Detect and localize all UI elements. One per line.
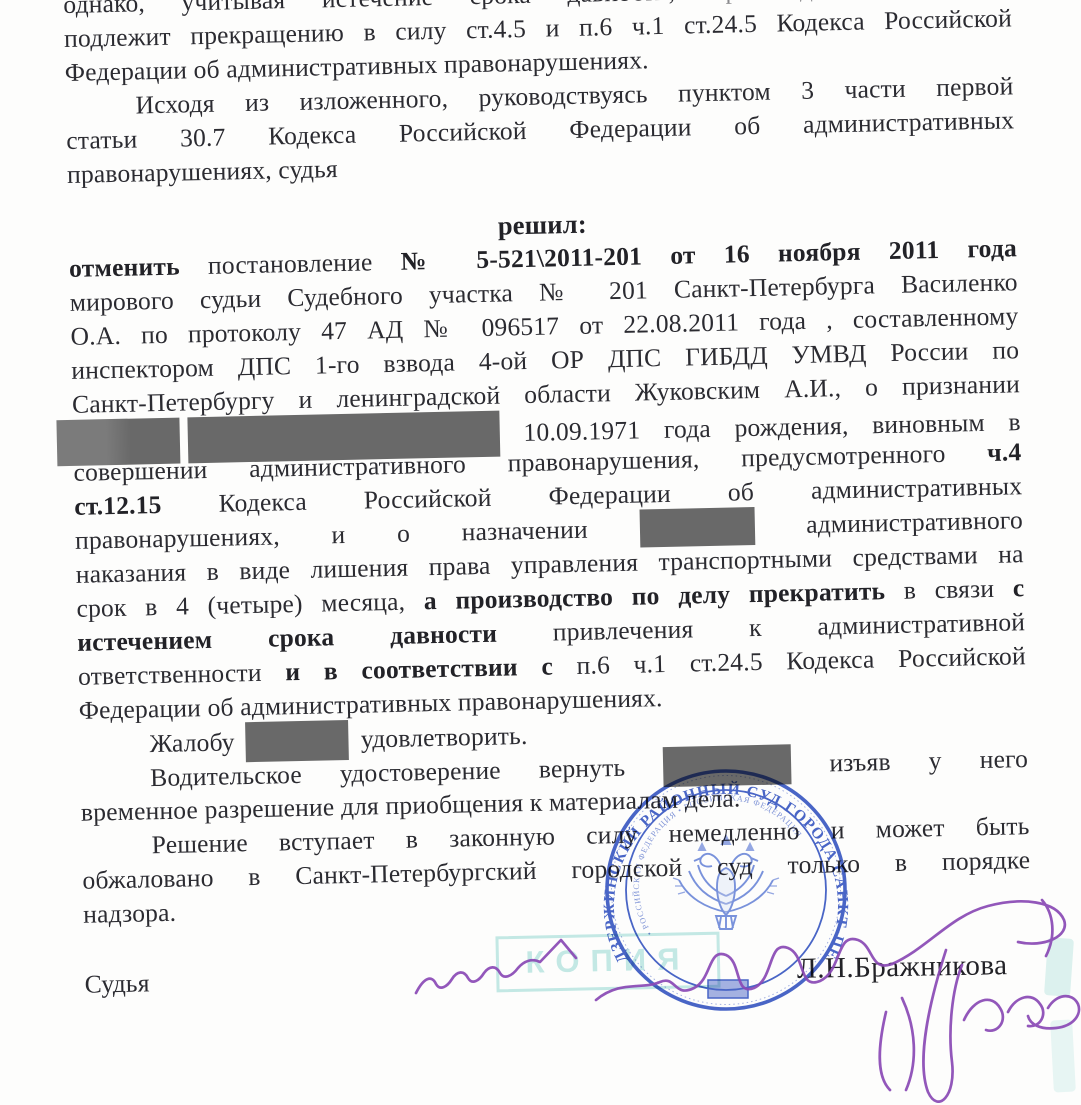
bold-text: и в соответствии с [285, 651, 553, 686]
bold-text: ст.12.15 [74, 490, 162, 521]
text-run: в связи [885, 573, 1013, 605]
text-run: срок в 4 (четыре) месяца, [76, 586, 424, 623]
text-run: правонарушениях, судья [67, 154, 338, 189]
document-text: однако, учитывая истечение срока давност… [63, 0, 1033, 1002]
redaction-box [639, 507, 755, 547]
scan-artifact [1044, 937, 1074, 997]
scanned-court-document: однако, учитывая истечение срока давност… [0, 0, 1081, 1105]
seal-certificate-box [708, 980, 748, 998]
text-run: постановление [179, 247, 401, 281]
text-run: ответственности [78, 657, 286, 691]
seal-ring-text: ДЗЕРЖИНСКИЙ РАЙОННЫЙ СУД ГОРОДА САНКТ-ПЕ… [596, 760, 851, 966]
scan-artifact [1050, 1019, 1076, 1092]
bold-text: ч.4 [987, 437, 1022, 467]
text-run: административного [754, 505, 1023, 540]
signature-stroke [880, 998, 914, 1090]
bold-text: отменить [69, 252, 180, 283]
bold-text: решил: [497, 209, 587, 241]
bold-text: с [1012, 573, 1024, 602]
text-run: удовлетворить. [354, 721, 528, 754]
text-run: Судья [84, 968, 149, 998]
double-eagle-emblem [673, 836, 779, 929]
text-run: Жалобу [149, 727, 241, 758]
court-seal: ДЗЕРЖИНСКИЙ РАЙОННЫЙ СУД ГОРОДА САНКТ-ПЕ… [596, 760, 856, 1020]
text-run: надзора. [83, 898, 177, 929]
